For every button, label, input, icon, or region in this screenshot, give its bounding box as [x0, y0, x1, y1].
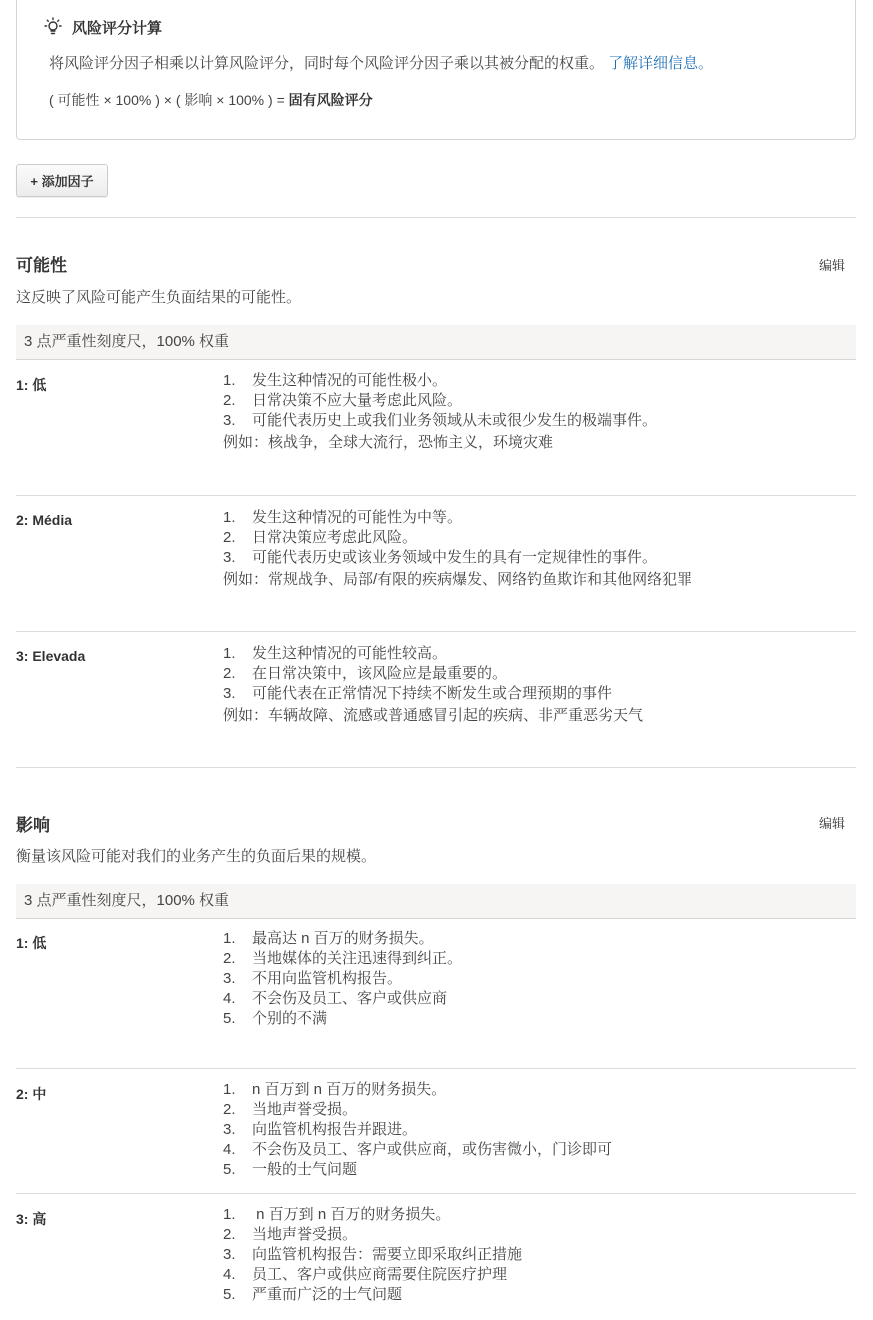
- criteria-item: 1. n 百万到 n 百万的财务损失。: [223, 1205, 522, 1225]
- criteria-item: 3.不用向监管机构报告。: [223, 969, 462, 989]
- formula-result: 固有风险评分: [289, 92, 373, 108]
- add-factor-button[interactable]: + 添加因子: [16, 164, 108, 197]
- level-criteria: 1. n 百万到 n 百万的财务损失。 2.当地声誉受损。 3.向监管机构报告：…: [223, 1205, 522, 1305]
- criteria-item: 5.个别的不满: [223, 1009, 462, 1029]
- level-label: 1: 低: [16, 933, 46, 953]
- row-divider: [16, 631, 856, 632]
- risk-score-info-card: 风险评分计算 将风险评分因子相乘以计算风险评分，同时每个风险评分因子乘以其被分配…: [16, 0, 856, 140]
- level-criteria: 1.发生这种情况的可能性较高。 2.在日常决策中，该风险应是最重要的。 3.可能…: [223, 644, 643, 726]
- formula-expression: ( 可能性 × 100% ) × ( 影响 × 100% ) =: [49, 92, 289, 108]
- criteria-item: 2.当地媒体的关注迅速得到纠正。: [223, 949, 462, 969]
- criteria-item: 2.日常决策不应大量考虑此风险。: [223, 391, 657, 411]
- criteria-item: 2.在日常决策中，该风险应是最重要的。: [223, 664, 643, 684]
- divider: [16, 217, 856, 218]
- criteria-item: 5.一般的士气问题: [223, 1160, 612, 1180]
- row-divider: [16, 767, 856, 768]
- criteria-item: 3.向监管机构报告并跟进。: [223, 1120, 612, 1140]
- level-label: 3: Elevada: [16, 648, 85, 664]
- description-text: 将风险评分因子相乘以计算风险评分，同时每个风险评分因子乘以其被分配的权重。: [49, 55, 604, 72]
- criteria-item: 1.发生这种情况的可能性较高。: [223, 644, 643, 664]
- edit-impact-button[interactable]: 编辑: [819, 813, 845, 832]
- row-divider: [16, 1193, 856, 1194]
- info-card-title: 风险评分计算: [72, 17, 162, 38]
- criteria-item: 3.向监管机构报告：需要立即采取纠正措施: [223, 1245, 522, 1265]
- level-criteria: 1.发生这种情况的可能性极小。 2.日常决策不应大量考虑此风险。 3.可能代表历…: [223, 371, 657, 453]
- criteria-item: 3.可能代表在正常情况下持续不断发生或合理预期的事件: [223, 684, 643, 704]
- level-example: 例如：核战争，全球大流行，恐怖主义，环境灾难: [223, 433, 657, 453]
- factor-title-likelihood: 可能性: [16, 251, 67, 276]
- level-example: 例如：车辆故障、流感或普通感冒引起的疾病、非严重恶劣天气: [223, 706, 643, 726]
- info-card-description: 将风险评分因子相乘以计算风险评分，同时每个风险评分因子乘以其被分配的权重。了解详…: [49, 52, 713, 73]
- row-divider: [16, 495, 856, 496]
- criteria-item: 1.n 百万到 n 百万的财务损失。: [223, 1080, 612, 1100]
- criteria-item: 3.可能代表历史或该业务领域中发生的具有一定规律性的事件。: [223, 548, 692, 568]
- level-label: 3: 高: [16, 1209, 46, 1229]
- edit-likelihood-button[interactable]: 编辑: [819, 255, 845, 274]
- level-label: 1: 低: [16, 375, 46, 395]
- row-divider: [16, 1068, 856, 1069]
- criteria-item: 3.可能代表历史上或我们业务领域从未或很少发生的极端事件。: [223, 411, 657, 431]
- scale-summary-likelihood: 3 点严重性刻度尺，100% 权重: [16, 325, 856, 360]
- learn-more-link[interactable]: 了解详细信息。: [608, 55, 713, 72]
- criteria-item: 5.严重而广泛的士气问题: [223, 1285, 522, 1305]
- criteria-item: 1.最高达 n 百万的财务损失。: [223, 929, 462, 949]
- criteria-item: 4.不会伤及员工、客户或供应商: [223, 989, 462, 1009]
- factor-description-likelihood: 这反映了风险可能产生负面结果的可能性。: [16, 286, 301, 307]
- criteria-item: 2.当地声誉受损。: [223, 1225, 522, 1245]
- criteria-item: 1.发生这种情况的可能性极小。: [223, 371, 657, 391]
- criteria-item: 2.当地声誉受损。: [223, 1100, 612, 1120]
- scale-summary-impact: 3 点严重性刻度尺，100% 权重: [16, 884, 856, 919]
- level-criteria: 1.最高达 n 百万的财务损失。 2.当地媒体的关注迅速得到纠正。 3.不用向监…: [223, 929, 462, 1029]
- level-example: 例如：常规战争、局部/有限的疾病爆发、网络钓鱼欺诈和其他网络犯罪: [223, 570, 692, 590]
- info-card-header: 风险评分计算: [42, 16, 162, 38]
- level-criteria: 1.发生这种情况的可能性为中等。 2.日常决策应考虑此风险。 3.可能代表历史或…: [223, 508, 692, 590]
- lightbulb-icon: [42, 16, 64, 38]
- score-formula: ( 可能性 × 100% ) × ( 影响 × 100% ) = 固有风险评分: [49, 90, 373, 110]
- level-criteria: 1.n 百万到 n 百万的财务损失。 2.当地声誉受损。 3.向监管机构报告并跟…: [223, 1080, 612, 1180]
- criteria-item: 4.员工、客户或供应商需要住院医疗护理: [223, 1265, 522, 1285]
- factor-title-impact: 影响: [16, 811, 50, 836]
- criteria-item: 4.不会伤及员工、客户或供应商，或伤害微小，门诊即可: [223, 1140, 612, 1160]
- criteria-item: 2.日常决策应考虑此风险。: [223, 528, 692, 548]
- level-label: 2: Média: [16, 512, 72, 528]
- criteria-item: 1.发生这种情况的可能性为中等。: [223, 508, 692, 528]
- level-label: 2: 中: [16, 1084, 46, 1104]
- factor-description-impact: 衡量该风险可能对我们的业务产生的负面后果的规模。: [16, 845, 376, 866]
